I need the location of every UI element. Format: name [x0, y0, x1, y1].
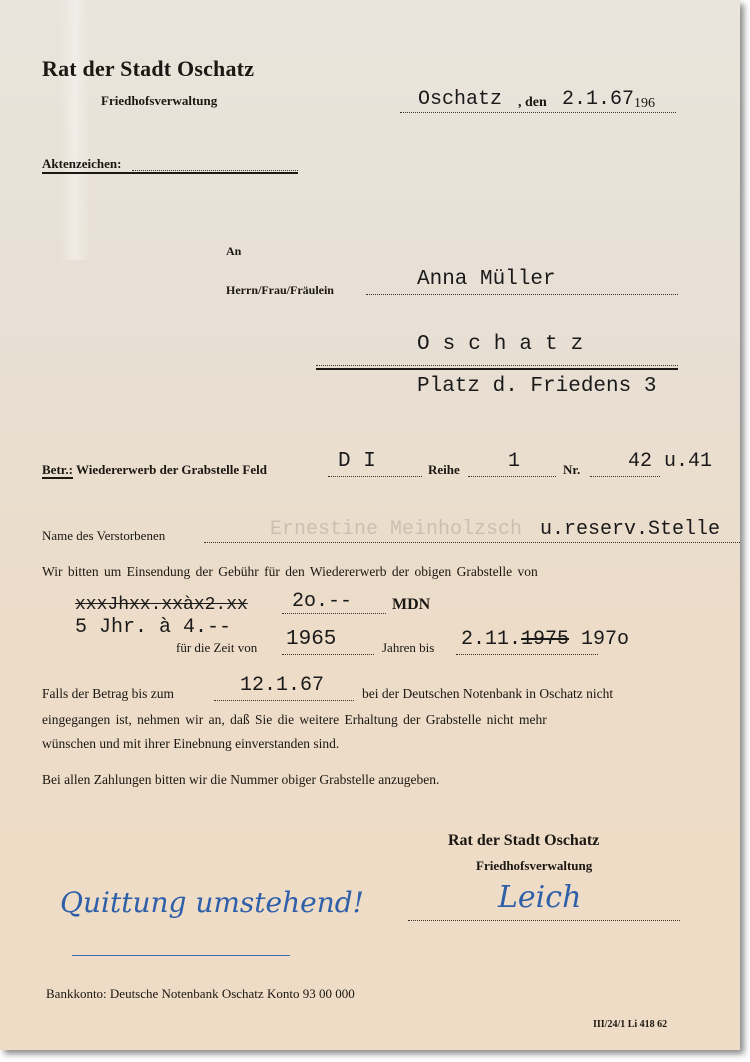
period-label: für die Zeit von — [176, 640, 257, 656]
subject-line: Betr.: Wiedererwerb der Grabstelle Feld — [42, 462, 267, 478]
signature-block-title: Rat der Stadt Oschatz — [448, 832, 599, 850]
handwritten-note: Quittung umstehend! — [60, 886, 364, 919]
date-printed-year: 196 — [634, 96, 655, 112]
recipient-city-rule — [316, 368, 678, 370]
subject-label: Wiedererwerb der Grabstelle Feld — [73, 462, 267, 477]
recipient-city: Oschatz — [417, 333, 596, 356]
letterhead-department: Friedhofsverwaltung — [101, 93, 217, 109]
feld-value: D I — [338, 450, 376, 473]
handwritten-signature: Leich — [498, 880, 581, 915]
letter-document: Rat der Stadt Oschatz Friedhofsverwaltun… — [0, 0, 740, 1050]
handwritten-note-underline — [72, 955, 290, 956]
fee-rate: 5 Jhr. à 4.-- — [75, 616, 231, 639]
fee-request-text: Wir bitten um Einsendung der Gebühr für … — [42, 564, 538, 580]
payment-note: Bei allen Zahlungen bitten wir die Numme… — [42, 772, 439, 788]
reference-label: Aktenzeichen: — [42, 156, 121, 172]
deadline-date: 12.1.67 — [240, 674, 324, 697]
deceased-label: Name des Verstorbenen — [42, 528, 165, 544]
letterhead-title: Rat der Stadt Oschatz — [42, 56, 254, 82]
period-until-year: 197o — [581, 628, 629, 651]
reference-field — [132, 156, 298, 171]
recipient-salutation-label: Herrn/Frau/Fräulein — [226, 283, 334, 298]
recipient-city-line — [316, 355, 678, 366]
deadline-rest-text: bei der Deutschen Notenbank in Oschatz n… — [362, 686, 613, 702]
deceased-value: u.reserv.Stelle — [540, 518, 720, 541]
reihe-value: 1 — [508, 450, 520, 473]
nr-label: Nr. — [563, 462, 580, 478]
date-value: 2.1.67 — [562, 88, 634, 111]
subject-key: Betr.: — [42, 462, 73, 479]
period-until-struck-year: 1975 — [521, 628, 569, 651]
period-until-date: 2.11. — [461, 628, 521, 651]
signature-block-department: Friedhofsverwaltung — [476, 858, 592, 874]
recipient-street: Platz d. Friedens 3 — [417, 375, 656, 398]
period-until-label: Jahren bis — [382, 640, 434, 656]
form-code: III/24/1 Li 418 62 — [593, 1019, 667, 1030]
bank-account: Bankkonto: Deutsche Notenbank Oschatz Ko… — [46, 986, 355, 1002]
deceased-faded-name: Ernestine Meinholzsch — [270, 518, 522, 541]
period-from: 1965 — [286, 628, 336, 651]
reference-underline — [42, 172, 298, 174]
deadline-label: Falls der Betrag bis zum — [42, 686, 174, 702]
reihe-label: Reihe — [428, 462, 460, 478]
body-line-2: eingegangen ist, nehmen wir an, daß Sie … — [42, 712, 547, 728]
period-until: 2.11.1975 197o — [461, 628, 629, 651]
recipient-name: Anna Müller — [417, 268, 556, 291]
nr-value: 42 u.41 — [628, 450, 712, 473]
fee-currency: MDN — [392, 596, 430, 614]
fee-amount: 2o.-- — [292, 590, 352, 613]
fee-struck-text: xxxJhxx.xxàx2.xx — [75, 595, 248, 615]
date-place: Oschatz — [418, 88, 502, 111]
date-den-label: , den — [518, 95, 547, 111]
body-line-3: wünschen und mit ihrer Einebnung einvers… — [42, 736, 339, 752]
recipient-an-label: An — [226, 244, 241, 259]
